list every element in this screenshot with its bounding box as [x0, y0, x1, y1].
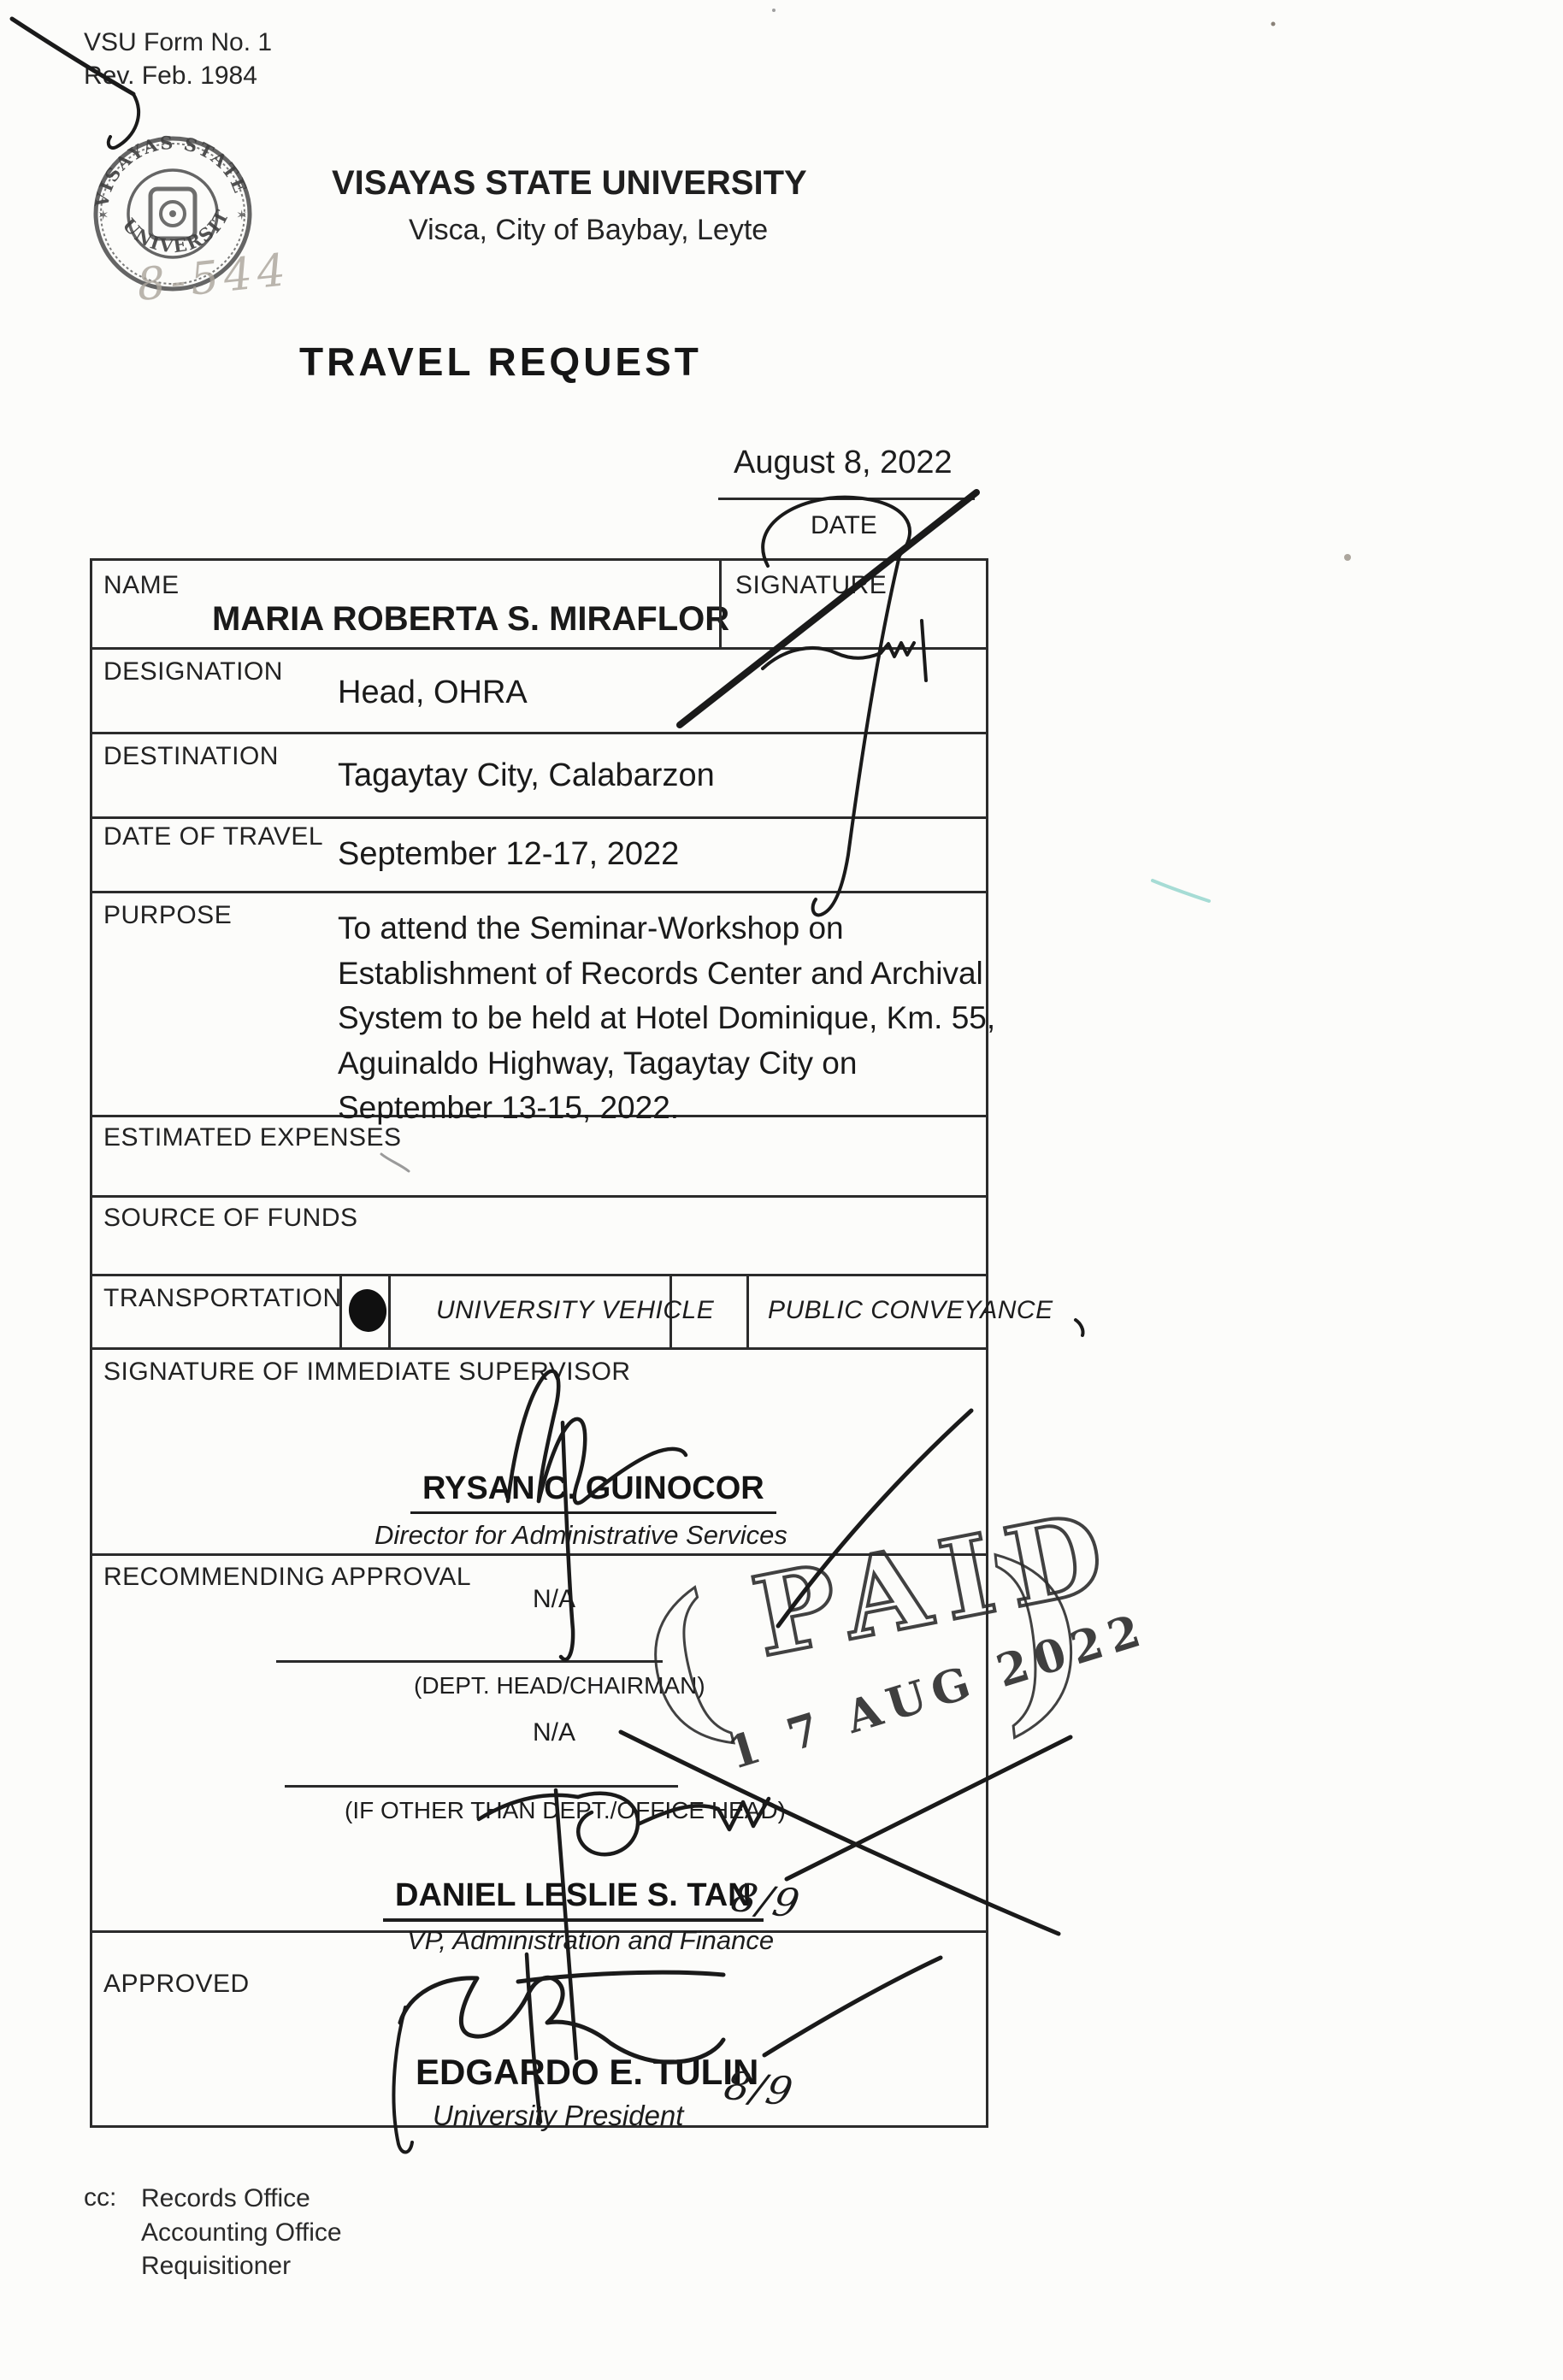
purpose-label: PURPOSE: [103, 901, 232, 930]
estimated-expenses-label: ESTIMATED EXPENSES: [103, 1123, 402, 1152]
other-head-value: N/A: [533, 1718, 575, 1747]
cc-item: Requisitioner: [141, 2249, 342, 2283]
president-handwritten-date: 8/9: [721, 2062, 799, 2114]
cc-item: Records Office: [141, 2182, 342, 2216]
option-public-conveyance: PUBLIC CONVEYANCE: [768, 1296, 1053, 1325]
document-title: TRAVEL REQUEST: [299, 339, 702, 385]
dept-head-value: N/A: [533, 1585, 575, 1614]
row-divider: [90, 816, 988, 819]
supervisor-name: RYSAN C. GUINOCOR: [410, 1470, 776, 1514]
transport-cell-divider: [339, 1274, 342, 1347]
transportation-label: TRANSPORTATION: [103, 1284, 342, 1313]
cc-list: Records Office Accounting Office Requisi…: [141, 2182, 342, 2283]
date-underline: [718, 498, 975, 500]
vp-name: DANIEL LESLIE S. TAN: [383, 1877, 764, 1922]
form-table: NAME MARIA ROBERTA S. MIRAFLOR SIGNATURE…: [90, 558, 988, 2128]
row-divider: [90, 1195, 988, 1198]
row-divider: [90, 732, 988, 734]
source-of-funds-label: SOURCE OF FUNDS: [103, 1204, 358, 1233]
university-vehicle-mark-icon: [346, 1287, 390, 1334]
row-divider: [90, 647, 988, 650]
svg-text:✶: ✶: [236, 209, 247, 223]
designation-value: Head, OHRA: [338, 675, 528, 711]
form-number: VSU Form No. 1: [84, 26, 272, 59]
option-university-vehicle: UNIVERSITY VEHICLE: [436, 1296, 714, 1325]
row-divider: [90, 1274, 988, 1276]
university-name: VISAYAS STATE UNIVERSITY: [332, 164, 807, 203]
row-divider: [90, 891, 988, 893]
transport-cell-divider: [746, 1274, 749, 1347]
supervisor-title: Director for Administrative Services: [375, 1520, 787, 1551]
other-head-line-label: (IF OTHER THAN DEPT./OFFICE HEAD): [345, 1797, 786, 1824]
cc-item: Accounting Office: [141, 2216, 342, 2250]
destination-value: Tagaytay City, Calabarzon: [338, 757, 715, 794]
date-of-travel-value: September 12-17, 2022: [338, 836, 679, 873]
name-value: MARIA ROBERTA S. MIRAFLOR: [212, 600, 729, 639]
signature-cell-divider: [719, 561, 722, 647]
dept-head-line: [276, 1660, 663, 1663]
vp-handwritten-date: 8/9: [728, 1874, 805, 1926]
date-label: DATE: [811, 511, 877, 540]
approved-section-label: APPROVED: [103, 1970, 250, 1999]
designation-label: DESIGNATION: [103, 657, 283, 686]
form-revision: Rev. Feb. 1984: [84, 59, 272, 92]
signature-label: SIGNATURE: [735, 571, 887, 600]
purpose-value: To attend the Seminar-Workshop on Establ…: [338, 906, 1039, 1131]
destination-label: DESTINATION: [103, 742, 279, 771]
university-address: Visca, City of Baybay, Leyte: [409, 214, 768, 247]
form-number-block: VSU Form No. 1 Rev. Feb. 1984: [84, 26, 272, 92]
president-title: University President: [433, 2100, 683, 2132]
date-of-travel-label: DATE OF TRAVEL: [103, 822, 323, 851]
supervisor-section-label: SIGNATURE OF IMMEDIATE SUPERVISOR: [103, 1358, 631, 1387]
request-date: August 8, 2022: [734, 445, 953, 481]
travel-request-document: VSU Form No. 1 Rev. Feb. 1984 VISAYAS ST…: [0, 0, 1563, 2380]
other-head-line: [285, 1785, 678, 1788]
transport-cell-divider: [388, 1274, 391, 1347]
cc-label: cc:: [84, 2183, 116, 2212]
recommending-section-label: RECOMMENDING APPROVAL: [103, 1563, 471, 1592]
row-divider: [90, 1347, 988, 1350]
vp-title: VP, Administration and Finance: [407, 1925, 774, 1956]
svg-text:✶: ✶: [97, 209, 109, 223]
president-name: EDGARDO E. TULIN: [416, 2052, 758, 2093]
name-label: NAME: [103, 571, 180, 600]
